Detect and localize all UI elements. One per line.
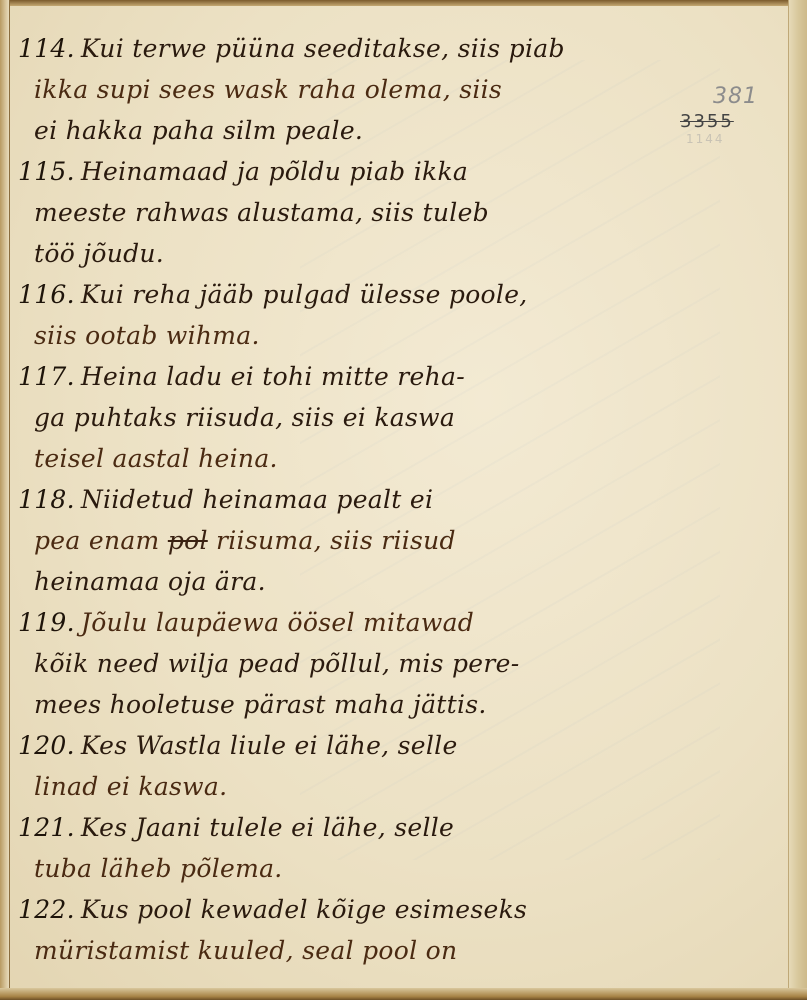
- page-top-edge: [0, 0, 807, 6]
- entry-number: 117.: [18, 362, 75, 391]
- entry-line: 117.Heina ladu ei tohi mitte reha-: [18, 356, 668, 397]
- entry-line: kõik need wilja pead põllul, mis pere-: [18, 643, 668, 684]
- entry-118: 118.Niidetud heinamaa pealt ei pea enam …: [18, 479, 668, 602]
- entry-line: linad ei kaswa.: [18, 766, 668, 807]
- entry-line: 118.Niidetud heinamaa pealt ei: [18, 479, 668, 520]
- entry-number: 122.: [18, 895, 75, 924]
- entry-line: töö jõudu.: [18, 233, 668, 274]
- entry-line: 121.Kes Jaani tulele ei lähe, selle: [18, 807, 668, 848]
- entry-line: 122.Kus pool kewadel kõige esimeseks: [18, 889, 668, 930]
- entry-number: 116.: [18, 280, 75, 309]
- archive-number-crossed: 3355: [678, 111, 768, 132]
- entry-122: 122.Kus pool kewadel kõige esimeseks mür…: [18, 889, 668, 971]
- entry-list: 114.Kui terwe püüna seeditakse, siis pia…: [18, 28, 668, 971]
- entry-line: ikka supi sees wask raha olema, siis: [18, 69, 668, 110]
- entry-line: mees hooletuse pärast maha jättis.: [18, 684, 668, 725]
- entry-number: 114.: [18, 34, 75, 63]
- page-bottom-edge: [0, 988, 807, 1000]
- entry-line: müristamist kuuled, seal pool on: [18, 930, 668, 971]
- page-right-edge: [788, 0, 807, 1000]
- entry-line: tuba läheb põlema.: [18, 848, 668, 889]
- entry-number: 120.: [18, 731, 75, 760]
- entry-line: heinamaa oja ära.: [18, 561, 668, 602]
- manuscript-page: 381 3355 1144 114.Kui terwe püüna seedit…: [0, 0, 807, 1000]
- entry-line: meeste rahwas alustama, siis tuleb: [18, 192, 668, 233]
- entry-line: 115.Heinamaad ja põldu piab ikka: [18, 151, 668, 192]
- entry-line: 114.Kui terwe püüna seeditakse, siis pia…: [18, 28, 668, 69]
- entry-line: 119.Jõulu laupäewa öösel mitawad: [18, 602, 668, 643]
- entry-line: ga puhtaks riisuda, siis ei kaswa: [18, 397, 668, 438]
- entry-line: 120.Kes Wastla liule ei lähe, selle: [18, 725, 668, 766]
- archive-number-stamp: 381 3355 1144: [678, 84, 768, 146]
- entry-number: 115.: [18, 157, 75, 186]
- archive-number-current: 381: [678, 84, 768, 109]
- binding-edge: [0, 0, 10, 1000]
- struck-word: pol: [168, 526, 208, 555]
- entry-line: teisel aastal heina.: [18, 438, 668, 479]
- entry-line: pea enam pol riisuma, siis riisud: [18, 520, 668, 561]
- entry-120: 120.Kes Wastla liule ei lähe, selle lina…: [18, 725, 668, 807]
- entry-line: ei hakka paha silm peale.: [18, 110, 668, 151]
- entry-121: 121.Kes Jaani tulele ei lähe, selle tuba…: [18, 807, 668, 889]
- entry-number: 119.: [18, 608, 75, 637]
- entry-114: 114.Kui terwe püüna seeditakse, siis pia…: [18, 28, 668, 151]
- entry-number: 118.: [18, 485, 75, 514]
- entry-119: 119.Jõulu laupäewa öösel mitawad kõik ne…: [18, 602, 668, 725]
- entry-117: 117.Heina ladu ei tohi mitte reha- ga pu…: [18, 356, 668, 479]
- entry-line: siis ootab wihma.: [18, 315, 668, 356]
- entry-116: 116.Kui reha jääb pulgad ülesse poole, s…: [18, 274, 668, 356]
- archive-number-faint: 1144: [678, 132, 768, 146]
- entry-115: 115.Heinamaad ja põldu piab ikka meeste …: [18, 151, 668, 274]
- entry-line: 116.Kui reha jääb pulgad ülesse poole,: [18, 274, 668, 315]
- entry-number: 121.: [18, 813, 75, 842]
